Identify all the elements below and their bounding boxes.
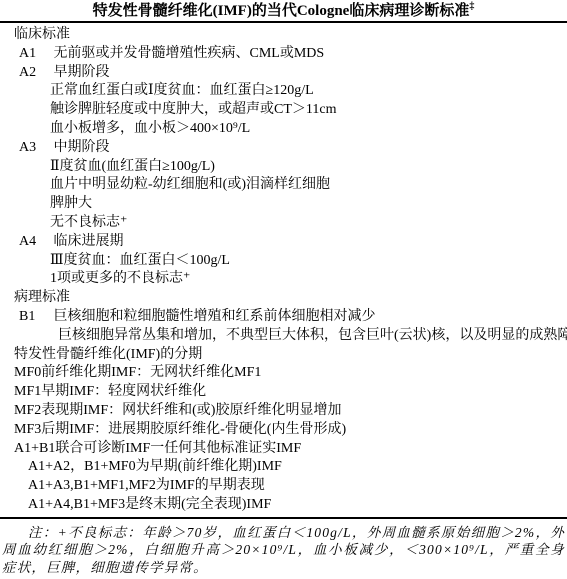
row-label: A3 (19, 139, 50, 158)
table-row: 临床标准 (0, 26, 567, 45)
row-text: A1+A3,B1+MF1,MF2为IMF的早期表现 (28, 478, 265, 493)
row-text: A1+A2，B1+MF0为早期(前纤维化期)IMF (28, 459, 282, 474)
table-row: 特发性骨髓纤维化(IMF)的分期 (0, 346, 567, 365)
row-text: 正常血红蛋白或Ⅰ度贫血：血红蛋白≥120g/L (50, 83, 314, 98)
table-row: MF1早期IMF：轻度网状纤维化 (0, 383, 567, 402)
table-row: A1+A4,B1+MF3是终末期(完全表现)IMF (0, 496, 567, 515)
row-text: 血小板增多，血小板＞400×10⁹/L (50, 121, 250, 136)
row-text: Ⅱ度贫血(血红蛋白≥100g/L) (50, 159, 215, 174)
table-row: A1+A3,B1+MF1,MF2为IMF的早期表现 (0, 477, 567, 496)
table-row: 正常血红蛋白或Ⅰ度贫血：血红蛋白≥120g/L (0, 82, 567, 101)
table-row: A2 早期阶段 (0, 64, 567, 83)
row-label: A4 (19, 233, 50, 252)
footnote-text: 注：+不良标志：年龄＞70岁，血红蛋白＜100g/L，外周血髓系原始细胞＞2%，… (0, 519, 567, 577)
row-label: A2 (19, 64, 50, 83)
row-text: 血片中明显幼粒-幼红细胞和(或)泪滴样红细胞 (50, 177, 330, 192)
row-label: B1 (19, 308, 50, 327)
table-title: 特发性骨髓纤维化(IMF)的当代Cologne临床病理诊断标准‡ (0, 0, 567, 21)
table-row: 巨核细胞异常丛集和增加，不典型巨大体积，包含巨叶(云状)核，以及明显的成熟障碍 (0, 327, 567, 346)
table-row: MF2表现期IMF：网状纤维和(或)胶原纤维化明显增加 (0, 402, 567, 421)
table-row: Ⅲ度贫血：血红蛋白＜100g/L (0, 252, 567, 271)
table-row: A3 中期阶段 (0, 139, 567, 158)
table-title-footnote-mark: ‡ (469, 1, 474, 12)
row-text: A1+B1联合可诊断IMF一任何其他标准证实IMF (14, 441, 301, 456)
table-body: 临床标准 A1 无前驱或并发骨髓增殖性疾病、CML或MDS A2 早期阶段 正常… (0, 23, 567, 517)
row-text: 中期阶段 (54, 140, 110, 155)
row-text: MF2表现期IMF：网状纤维和(或)胶原纤维化明显增加 (14, 403, 341, 418)
table-row: 病理标准 (0, 289, 567, 308)
row-text: 临床进展期 (54, 234, 124, 249)
table-row: B1 巨核细胞和粒细胞髓性增殖和红系前体细胞相对减少 (0, 308, 567, 327)
table-row: 触诊脾脏轻度或中度肿大，或超声或CT＞11cm (0, 101, 567, 120)
table-row: 血小板增多，血小板＞400×10⁹/L (0, 120, 567, 139)
table-row: A1 无前驱或并发骨髓增殖性疾病、CML或MDS (0, 45, 567, 64)
table-row: MF0前纤维化期IMF：无网状纤维化MF1 (0, 364, 567, 383)
table-row: Ⅱ度贫血(血红蛋白≥100g/L) (0, 158, 567, 177)
table-row: 1项或更多的不良标志⁺ (0, 270, 567, 289)
row-text: 1项或更多的不良标志⁺ (50, 271, 190, 286)
row-text: Ⅲ度贫血：血红蛋白＜100g/L (50, 253, 230, 268)
row-text: A1+A4,B1+MF3是终末期(完全表现)IMF (28, 497, 271, 512)
table-row: A1+B1联合可诊断IMF一任何其他标准证实IMF (0, 440, 567, 459)
row-text: 无前驱或并发骨髓增殖性疾病、CML或MDS (54, 46, 325, 61)
row-text: 无不良标志⁺ (50, 215, 127, 230)
row-label: A1 (19, 45, 50, 64)
row-text: 特发性骨髓纤维化(IMF)的分期 (14, 347, 202, 362)
row-text: 脾肿大 (50, 196, 92, 211)
table-title-text: 特发性骨髓纤维化(IMF)的当代Cologne临床病理诊断标准 (93, 3, 470, 19)
row-text: 巨核细胞异常丛集和增加，不典型巨大体积，包含巨叶(云状)核，以及明显的成熟障碍 (58, 328, 567, 343)
diagnostic-criteria-document: 特发性骨髓纤维化(IMF)的当代Cologne临床病理诊断标准‡ 临床标准 A1… (0, 0, 567, 579)
table-row: 血片中明显幼粒-幼红细胞和(或)泪滴样红细胞 (0, 176, 567, 195)
row-text: 巨核细胞和粒细胞髓性增殖和红系前体细胞相对减少 (54, 309, 376, 324)
row-text: MF0前纤维化期IMF：无网状纤维化MF1 (14, 365, 261, 380)
row-text: MF3后期IMF：进展期胶原纤维化-骨硬化(内生骨形成) (14, 422, 346, 437)
table-row: MF3后期IMF：进展期胶原纤维化-骨硬化(内生骨形成) (0, 421, 567, 440)
row-text: 病理标准 (14, 290, 70, 305)
table-row: 脾肿大 (0, 195, 567, 214)
table-row: A4 临床进展期 (0, 233, 567, 252)
row-text: 早期阶段 (54, 65, 110, 80)
table-row: 无不良标志⁺ (0, 214, 567, 233)
row-text: MF1早期IMF：轻度网状纤维化 (14, 384, 206, 399)
row-text: 触诊脾脏轻度或中度肿大，或超声或CT＞11cm (50, 102, 336, 117)
row-text: 临床标准 (14, 27, 70, 42)
table-row: A1+A2，B1+MF0为早期(前纤维化期)IMF (0, 458, 567, 477)
